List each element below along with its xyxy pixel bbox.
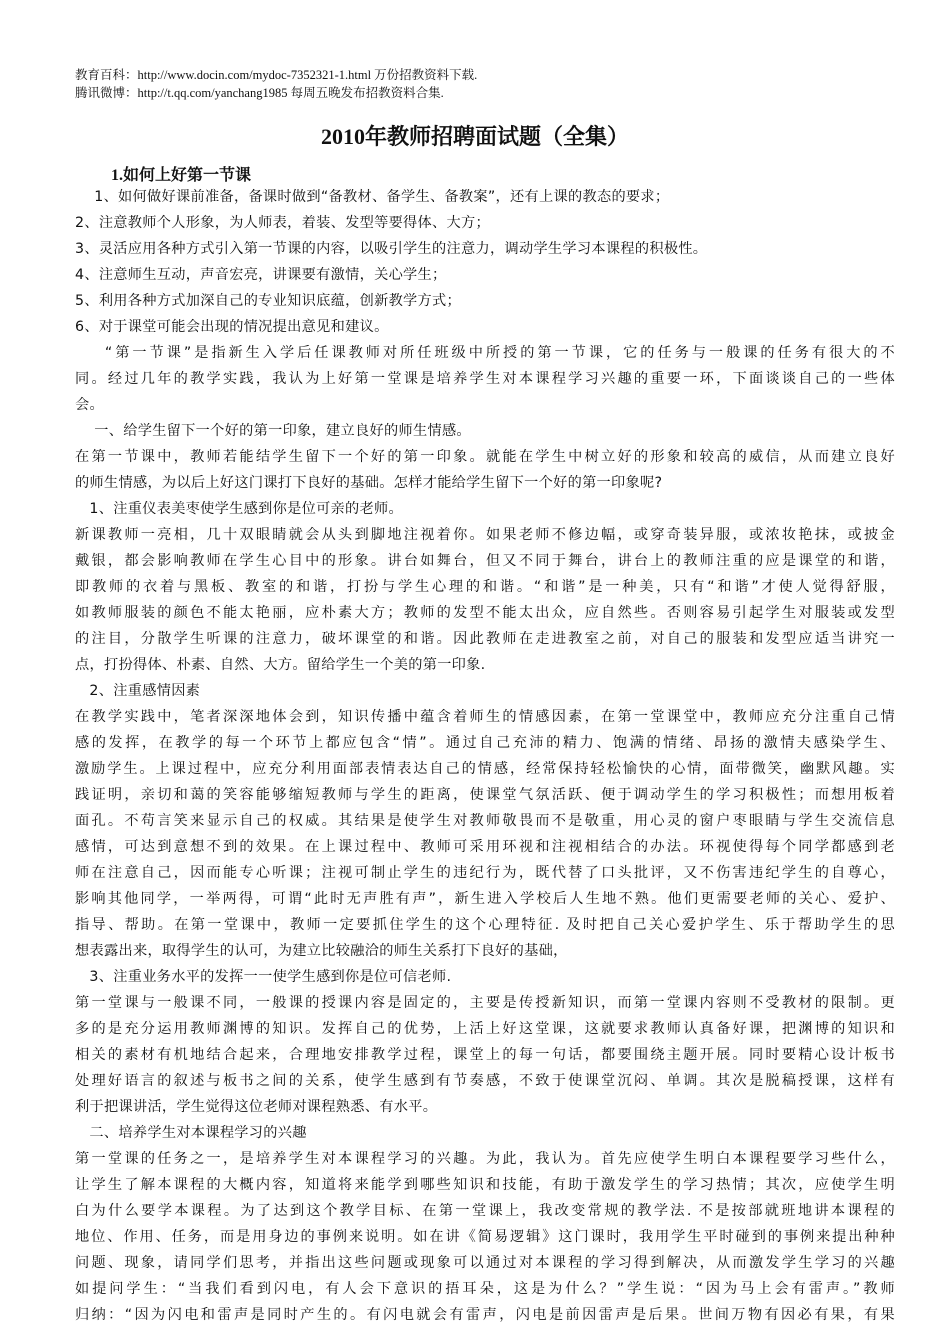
section-heading: 1.如何上好第一节课 — [111, 162, 251, 185]
paragraph-line: 感的发挥，在教学的每一个环节上都应包含“情”。通过自己充沛的精力、饱满的情绪、昂… — [75, 730, 895, 756]
document-page: 教育百科：http://www.docin.com/mydoc-7352321-… — [0, 0, 950, 1344]
paragraph-line: 的师生情感，为以后上好这门课打下良好的基础。怎样才能给学生留下一个好的第一印象呢… — [75, 470, 895, 496]
paragraph-line: 如提问学生：“当我们看到闪电，有人会下意识的捂耳朵，这是为什么？”学生说：“因为… — [75, 1276, 895, 1302]
header-line-docin: 教育百科：http://www.docin.com/mydoc-7352321-… — [75, 66, 477, 84]
paragraph-line: 白为什么要学本课程。为了达到这个教学目标、在第一堂课上，我改变常规的教学法. 不… — [75, 1198, 895, 1224]
paragraph-line: 多的是充分运用教师渊博的知识。发挥自己的优势，上活上好这堂课，这就要求教师认真备… — [75, 1016, 895, 1042]
paragraph-line: 问题、现象，请同学们思考，并指出这些问题或现象可以通过对本课程的学习得到解决，从… — [75, 1250, 895, 1276]
paragraph-line: 3、灵活应用各种方式引入第一节课的内容，以吸引学生的注意力，调动学生学习本课程的… — [75, 236, 895, 262]
paragraph-line: 3、注重业务水平的发挥一一使学生感到你是位可信老师. — [75, 964, 895, 990]
paragraph-line: 处理好语言的叙述与板书之间的关系，使学生感到有节奏感，不致于使课堂沉闷、单调。其… — [75, 1068, 895, 1094]
paragraph-line: 新课教师一亮相，几十双眼睛就会从头到脚地注视着你。如果老师不修边幅，或穿奇装异服… — [75, 522, 895, 548]
paragraph-line: 指导、帮助。在第一堂课中，教师一定要抓住学生的这个心理特征. 及时把自己关心爱护… — [75, 912, 895, 938]
paragraph-line: 6、对于课堂可能会出现的情况提出意见和建议。 — [75, 314, 895, 340]
paragraph-line: 一、给学生留下一个好的第一印象，建立良好的师生情感。 — [75, 418, 895, 444]
paragraph-line: 师在注意自己，因而能专心听课；注视可制止学生的违纪行为，既代替了口头批评，又不伤… — [75, 860, 895, 886]
paragraph-line: 会。 — [75, 392, 895, 418]
paragraph-line: 感情，可达到意想不到的效果。在上课过程中、教师可采用环视和注视相结合的办法。环视… — [75, 834, 895, 860]
paragraph-line: 激励学生。上课过程中，应充分利用面部表情表达自己的情感，经常保持轻松愉快的心情，… — [75, 756, 895, 782]
paragraph-line: 地位、作用、任务，而是用身边的事例来说明。如在讲《简易逻辑》这门课时，我用学生平… — [75, 1224, 895, 1250]
paragraph-line: 5、利用各种方式加深自己的专业知识底蕴，创新教学方式； — [75, 288, 895, 314]
paragraph-line: 二、培养学生对本课程学习的兴趣 — [75, 1120, 895, 1146]
paragraph-line: 的注目，分散学生听课的注意力，破坏课堂的和谐。因此教师在走进教室之前，对自己的服… — [75, 626, 895, 652]
paragraph-line: 利于把课讲活，学生觉得这位老师对课程熟悉、有水平。 — [75, 1094, 895, 1120]
paragraph-line: 同。经过几年的教学实践，我认为上好第一堂课是培养学生对本课程学习兴趣的重要一环，… — [75, 366, 895, 392]
paragraph-line: 影响其他同学，一举两得，可谓“此时无声胜有声”，新生进入学校后人生地不熟。他们更… — [75, 886, 895, 912]
paragraph-line: 即教师的衣着与黑板、教室的和谐，打扮与学生心理的和谐。“和谐”是一种美，只有“和… — [75, 574, 895, 600]
paragraph-line: 如教师服装的颜色不能太艳丽，应朴素大方；教师的发型不能太出众，应自然些。否则容易… — [75, 600, 895, 626]
paragraph-line: 想表露出来，取得学生的认可，为建立比较融洽的师生关系打下良好的基础， — [75, 938, 895, 964]
paragraph-line: 2、注重感情因素 — [75, 678, 895, 704]
paragraph-line: 第一堂课与一般课不同，一般课的授课内容是固定的，主要是传授新知识，而第一堂课内容… — [75, 990, 895, 1016]
paragraph-line: 在第一节课中，教师若能结学生留下一个好的第一印象。就能在学生中树立好的形象和较高… — [75, 444, 895, 470]
paragraph-line: 点，打扮得体、朴素、自然、大方。留给学生一个美的第一印象. — [75, 652, 895, 678]
paragraph-line: 第一堂课的任务之一，是培养学生对本课程学习的兴趣。为此，我认为。首先应使学生明白… — [75, 1146, 895, 1172]
paragraph-line: “第一节课”是指新生入学后任课教师对所任班级中所授的第一节课，它的任务与一般课的… — [75, 340, 895, 366]
paragraph-line: 2、注意教师个人形象，为人师表，着装、发型等要得体、大方； — [75, 210, 895, 236]
paragraph-line: 面孔。不苟言笑来显示自己的权威。其结果是使学生对教师敬畏而不是敬重，用心灵的窗户… — [75, 808, 895, 834]
header-line-weibo: 腾讯微博：http://t.qq.com/yanchang1985 每周五晚发布… — [75, 84, 444, 102]
paragraph-line: 4、注意师生互动，声音宏亮，讲课要有激情，关心学生； — [75, 262, 895, 288]
paragraph-line: 戴银，都会影响教师在学生心目中的形象。讲台如舞台，但又不同于舞台，讲台上的教师注… — [75, 548, 895, 574]
paragraph-line: 1、如何做好课前准备，备课时做到“备教材、备学生、备教案”，还有上课的教态的要求… — [75, 184, 895, 210]
paragraph-line: 1、注重仪表美枣使学生感到你是位可亲的老师。 — [75, 496, 895, 522]
document-title: 2010年教师招聘面试题（全集） — [0, 120, 950, 151]
paragraph-line: 让学生了解本课程的大概内容，知道将来能学到哪些知识和技能，有助于激发学生的学习热… — [75, 1172, 895, 1198]
paragraph-line: 相关的素材有机地结合起来，合理地安排教学过程，课堂上的每一句话，都要围绕主题开展… — [75, 1042, 895, 1068]
paragraph-line: 归纳：“因为闪电和雷声是同时产生的。有闪电就会有雷声，闪电是前因雷声是后果。世间… — [75, 1302, 895, 1328]
paragraph-line: 在教学实践中，笔者深深地体会到，知识传播中蕴含着师生的情感因素，在第一堂课堂中，… — [75, 704, 895, 730]
paragraph-line: 践证明，亲切和蔼的笑容能够缩短教师与学生的距离，使课堂气氛活跃、便于调动学生的学… — [75, 782, 895, 808]
